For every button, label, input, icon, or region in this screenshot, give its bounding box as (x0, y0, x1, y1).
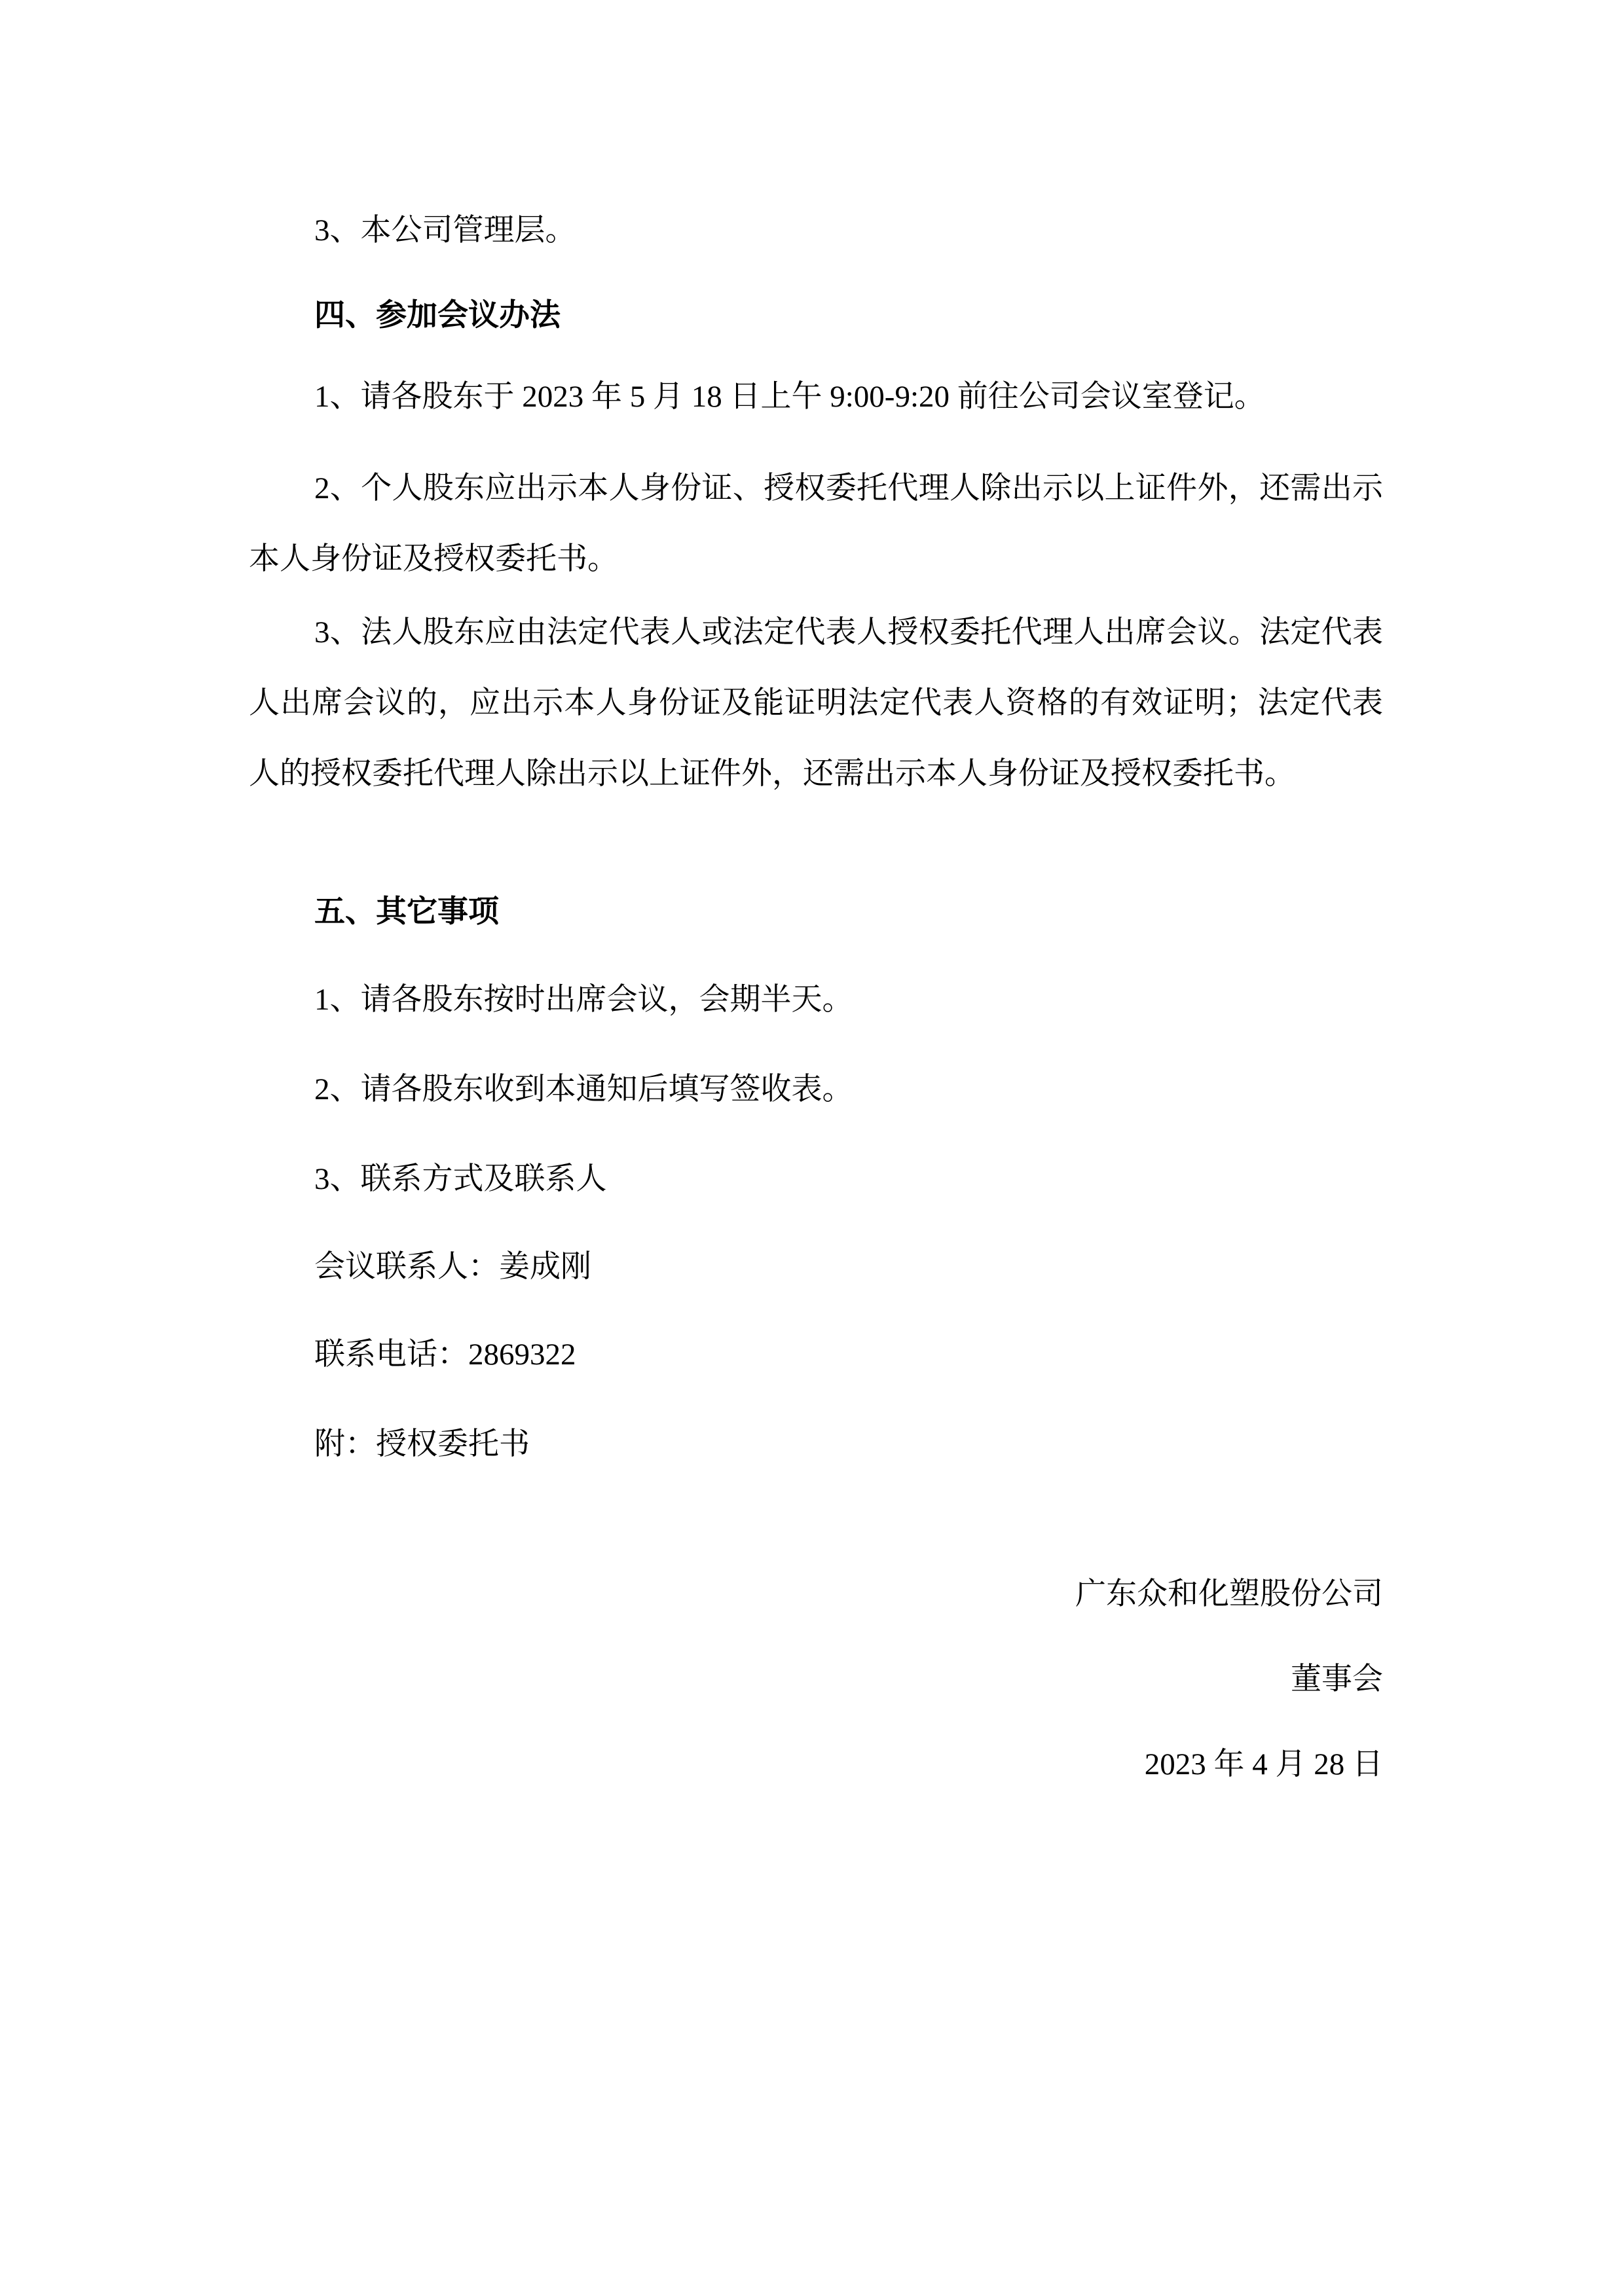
attachment-note: 附：授权委托书 (314, 1425, 530, 1464)
signature-date: 2023 年 4 月 28 日 (1145, 1745, 1383, 1784)
contact-person: 会议联系人：姜成刚 (314, 1247, 591, 1286)
signature-company: 广东众和化塑股份公司 (1075, 1575, 1383, 1614)
section5-item3: 3、联系方式及联系人 (314, 1159, 607, 1199)
section4-item3: 3、法人股东应由法定代表人或法定代表人授权委托代理人出席会议。法定代表人出席会议… (249, 597, 1383, 809)
section4-heading: 四、参加会议办法 (314, 296, 561, 335)
section4-item2: 2、个人股东应出示本人身份证、授权委托代理人除出示以上证件外，还需出示本人身份证… (249, 453, 1383, 594)
section4-item1: 1、请各股东于 2023 年 5 月 18 日上午 9:00-9:20 前往公司… (314, 377, 1265, 416)
section5-heading: 五、其它事项 (314, 892, 499, 932)
signature-board: 董事会 (1291, 1660, 1383, 1699)
contact-phone: 联系电话：2869322 (314, 1335, 576, 1374)
section5-item2: 2、请各股东收到本通知后填写签收表。 (314, 1070, 853, 1109)
section3-item3: 3、本公司管理层。 (314, 211, 576, 250)
section5-item1: 1、请各股东按时出席会议，会期半天。 (314, 980, 853, 1019)
